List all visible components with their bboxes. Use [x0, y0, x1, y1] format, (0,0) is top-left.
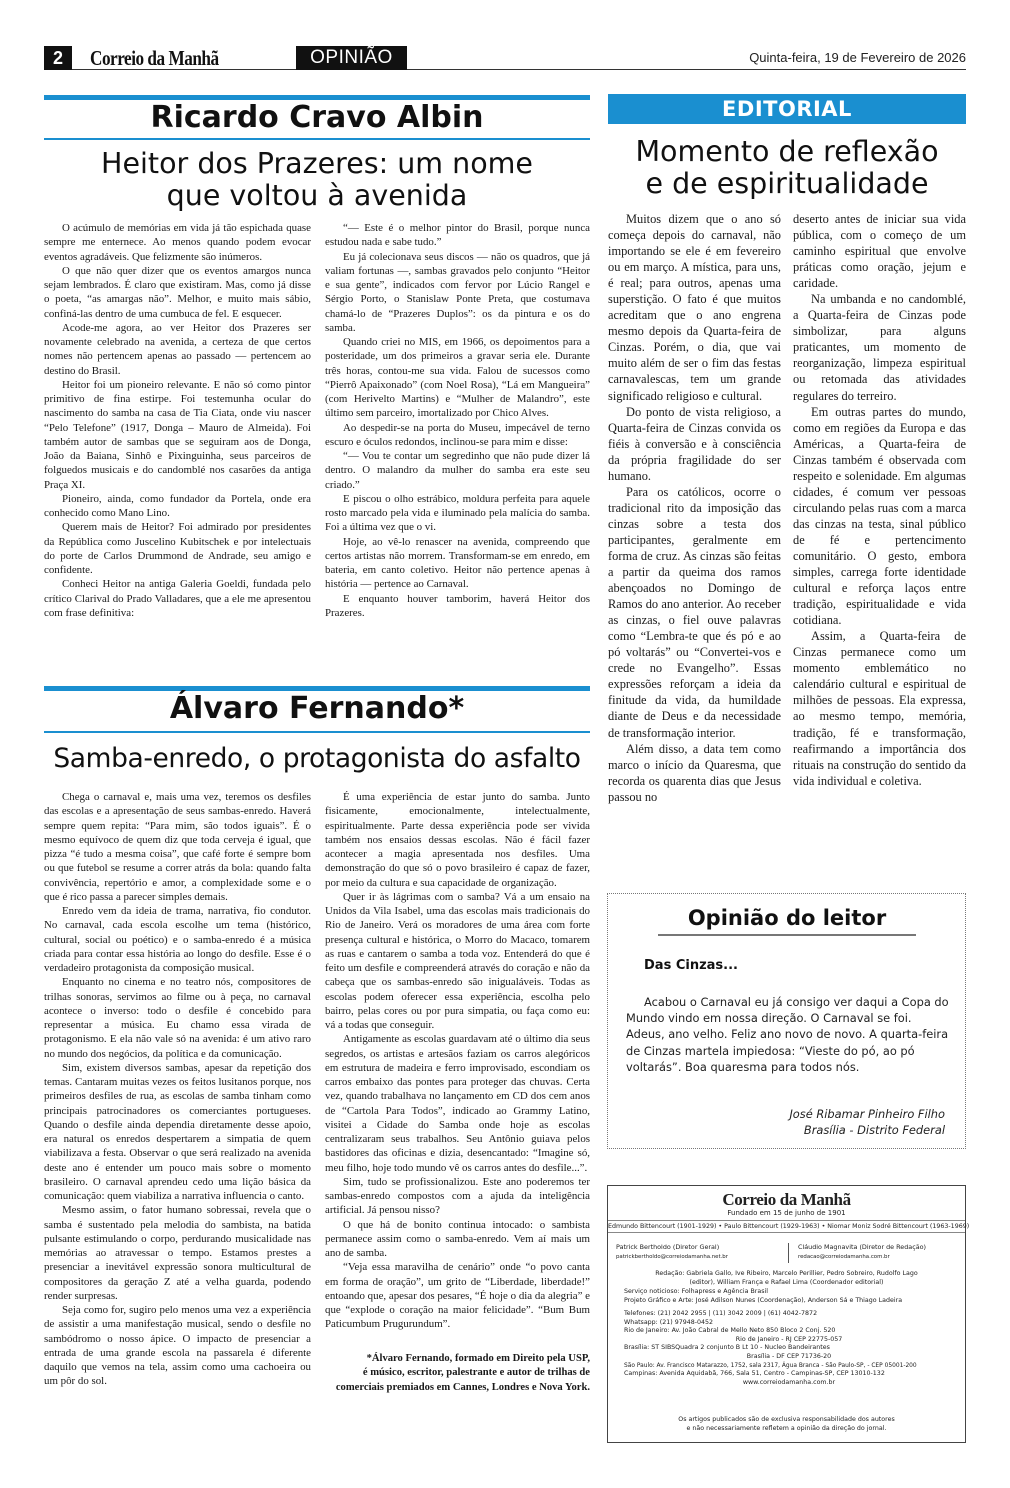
address-brasilia-cep: Brasília - DF CEP 71736-20	[624, 1353, 954, 1362]
paragraph: Conheci Heitor na antiga Galeria Goeldi,…	[44, 577, 311, 620]
services: Serviço noticioso: Folhapress e Agência …	[624, 1288, 954, 1305]
paragraph: “— Este é o melhor pintor do Brasil, por…	[325, 221, 590, 250]
paragraph: Querem mais de Heitor? Foi admirado por …	[44, 520, 311, 577]
design-credits: Projeto Gráfico e Arte: José Adilson Nun…	[624, 1297, 954, 1306]
paragraph: Heitor foi um pioneiro relevante. E não …	[44, 378, 311, 492]
paragraph: Sim, existem diversos sambas, apesar da …	[44, 1061, 311, 1204]
disclaimer-line: e não necessariamente refletem a opinião…	[608, 1425, 965, 1434]
page-number: 2	[44, 46, 72, 70]
paragraph: Chega o carnaval e, mais uma vez, teremo…	[44, 790, 311, 904]
article-body: Chega o carnaval e, mais uma vez, teremo…	[44, 790, 590, 1395]
columnist-name: Álvaro Fernando*	[44, 690, 590, 728]
paragraph: Quando criei no MIS, em 1966, os depoime…	[325, 335, 590, 421]
paragraph: Antigamente as escolas guardavam até o ú…	[325, 1032, 590, 1175]
article-column-1: O acúmulo de memórias em vida já tão esp…	[44, 221, 311, 620]
paragraph: “Veja essa maravilha de cenário” onde “o…	[325, 1260, 590, 1331]
headline-line: e de espiritualidade	[608, 168, 966, 200]
paragraph: Mesmo assim, o fator humano sobressai, r…	[44, 1203, 311, 1303]
paragraph: “— Vou te contar um segredinho que não p…	[325, 449, 590, 492]
paragraph: Na umbanda e no candomblé, a Quarta-feir…	[793, 291, 966, 403]
letter-title: Das Cinzas...	[644, 958, 738, 973]
paragraph: Sim, tudo se profissionalizou. Este ano …	[325, 1175, 590, 1218]
headline-line: que voltou à avenida	[44, 180, 590, 212]
letter-signature: José Ribamar Pinheiro Filho Brasília - D…	[789, 1106, 945, 1138]
director-name: Patrick Bertholdo (Diretor Geral)	[616, 1242, 728, 1252]
paragraph: Pioneiro, ainda, como fundador da Portel…	[44, 492, 311, 521]
address-brasilia: Brasília: ST SIBSQuadra 2 conjunto B Lt …	[624, 1344, 954, 1353]
paragraph: Hoje, ao vê-lo renascer na avenida, comp…	[325, 535, 590, 592]
address-campinas: Campinas: Avenida Aquidabã, 766, Sala 51…	[624, 1370, 954, 1379]
paragraph: E enquanto houver tamborim, haverá Heito…	[325, 592, 590, 621]
paragraph: Para os católicos, ocorre o tradicional …	[608, 484, 781, 741]
article-column-2: É uma experiência de estar junto do samb…	[325, 790, 590, 1395]
paragraph: Assim, a Quarta-feira de Cinzas permanec…	[793, 628, 966, 788]
editorial-banner: EDITORIAL	[608, 94, 966, 124]
letter-text: Acabou o Carnaval eu já consigo ver daqu…	[626, 994, 952, 1075]
director-email[interactable]: redacao@correiodamanha.com.br	[798, 1252, 926, 1262]
director-general: Patrick Bertholdo (Diretor Geral) patric…	[616, 1242, 728, 1262]
address-sao-paulo: São Paulo: Av. Francisco Matarazzo, 1752…	[624, 1362, 954, 1371]
address-rio: Rio de Janeiro: Av. João Cabral de Mello…	[624, 1327, 954, 1336]
article-column-1: Chega o carnaval e, mais uma vez, teremo…	[44, 790, 311, 1395]
columnist-name: Ricardo Cravo Albin	[44, 100, 590, 136]
masthead: 2 Correio da Manhã OPINIÃO Quinta-feira,…	[44, 46, 966, 70]
headline-line: Momento de reflexão	[608, 136, 966, 168]
disclaimer: Os artigos publicados são de exclusiva r…	[608, 1416, 965, 1433]
whatsapp: Whatsapp: (21) 97948-0452	[624, 1319, 954, 1328]
director-editorial: Cláudio Magnavita (Diretor de Redação) r…	[798, 1242, 926, 1262]
editorial-headline: Momento de reflexão e de espiritualidade	[608, 136, 966, 200]
letter-location: Brasília - Distrito Federal	[789, 1122, 945, 1138]
paragraph: Seja como for, sugiro pelo menos uma vez…	[44, 1303, 311, 1389]
website-link[interactable]: www.correiodamanha.com.br	[624, 1379, 954, 1388]
founded-date: Fundado em 15 de junho de 1901	[608, 1209, 965, 1217]
paragraph: Do ponto de vista religioso, a Quarta-fe…	[608, 404, 781, 484]
headline-line: Heitor dos Prazeres: um nome	[44, 148, 590, 180]
disclaimer-line: Os artigos publicados são de exclusiva r…	[608, 1416, 965, 1425]
paragraph: Enredo vem da ideia de trama, narrativa,…	[44, 904, 311, 975]
staff-line: Redação: Gabriela Gallo, Ive Ribeiro, Ma…	[608, 1270, 965, 1279]
divider	[788, 1243, 789, 1263]
section-rule-bottom	[44, 138, 590, 140]
issue-date: Quinta-feira, 19 de Fevereiro de 2026	[749, 50, 966, 65]
contacts: Telefones: (21) 2042 2955 | (11) 3042 20…	[624, 1310, 954, 1387]
bio-line: é músico, escritor, palestrante e autor …	[325, 1366, 590, 1381]
paragraph: Ao despedir-se na porta do Museu, impecá…	[325, 421, 590, 450]
paragraph: O acúmulo de memórias em vida já tão esp…	[44, 221, 311, 264]
paragraph: É uma experiência de estar junto do samb…	[325, 790, 590, 890]
director-email[interactable]: patrickbertholdo@correiodamanha.net.br	[616, 1252, 728, 1262]
newsroom-staff: Redação: Gabriela Gallo, Ive Ribeiro, Ma…	[608, 1270, 965, 1287]
expediente-box: Correio da Manhã Fundado em 15 de junho …	[607, 1185, 966, 1443]
article-body: O acúmulo de memórias em vida já tão esp…	[44, 221, 590, 620]
paragraph: deserto antes de iniciar sua vida públic…	[793, 211, 966, 291]
staff-line: (editor), William França e Rafael Lima (…	[608, 1279, 965, 1288]
paragraph: O que não quer dizer que os eventos amar…	[44, 264, 311, 321]
expediente-logo: Correio da Manhã	[608, 1190, 965, 1210]
article-headline: Samba-enredo, o protagonista do asfalto	[44, 744, 590, 774]
paragraph: Acode-me agora, ao ver Heitor dos Prazer…	[44, 321, 311, 378]
editorial-body: Muitos dizem que o ano só começa depois …	[608, 211, 966, 805]
editorial-column-2: deserto antes de iniciar sua vida públic…	[793, 211, 966, 805]
founders-line: Edmundo Bittencourt (1901-1929) • Paulo …	[608, 1220, 965, 1233]
paragraph: Eu já colecionava seus discos — não os q…	[325, 250, 590, 336]
paragraph: O que há de bonito continua intocado: o …	[325, 1218, 590, 1261]
reader-opinion-title: Opinião do leitor	[658, 906, 916, 936]
section-label: OPINIÃO	[296, 46, 407, 70]
author-bio: *Álvaro Fernando, formado em Direito pel…	[325, 1352, 590, 1396]
letter-author: José Ribamar Pinheiro Filho	[789, 1106, 945, 1122]
paragraph: Enquanto no cinema e no teatro nós, comp…	[44, 975, 311, 1061]
news-service: Serviço noticioso: Folhapress e Agência …	[624, 1288, 954, 1297]
paragraph: E piscou o olho estrábico, moldura perfe…	[325, 492, 590, 535]
director-name: Cláudio Magnavita (Diretor de Redação)	[798, 1242, 926, 1252]
bio-line: comerciais premiados em Cannes, Londres …	[325, 1381, 590, 1396]
paragraph: Além disso, a data tem como marco o iníc…	[608, 741, 781, 805]
paragraph: Em outras partes do mundo, como em regiõ…	[793, 404, 966, 629]
section-rule-bottom	[44, 731, 590, 733]
phones: Telefones: (21) 2042 2955 | (11) 3042 20…	[624, 1310, 954, 1319]
article-headline: Heitor dos Prazeres: um nome que voltou …	[44, 148, 590, 212]
newspaper-logo: Correio da Manhã	[90, 46, 219, 70]
reader-opinion-box: Opinião do leitor Das Cinzas... Acabou o…	[607, 893, 966, 1149]
paragraph: Muitos dizem que o ano só começa depois …	[608, 211, 781, 404]
article-column-2: “— Este é o melhor pintor do Brasil, por…	[325, 221, 590, 620]
bio-line: *Álvaro Fernando, formado em Direito pel…	[325, 1352, 590, 1367]
paragraph: Quer ir às lágrimas com o samba? Vá a um…	[325, 890, 590, 1033]
editorial-column-1: Muitos dizem que o ano só começa depois …	[608, 211, 781, 805]
